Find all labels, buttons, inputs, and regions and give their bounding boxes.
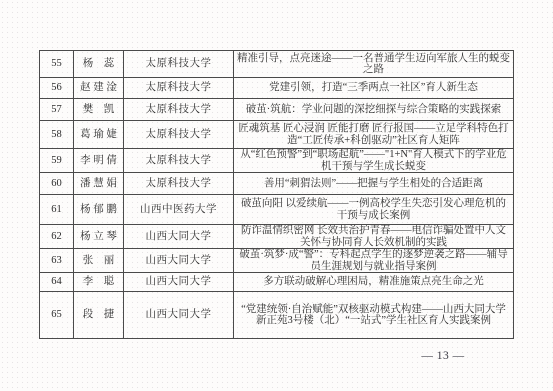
cell-number: 59: [40, 149, 74, 173]
cell-title: 破茧·筑梦·成“警”：专科起点学生的逐梦逆袭之路——辅导员生涯规划与就业指导案例: [234, 249, 514, 273]
cell-number: 55: [40, 51, 74, 78]
table-row: 56 赵 建 淦 太原科技大学 党建引领，打造“三季两点一社区”育人新生态: [40, 78, 514, 99]
cell-university: 山西大同大学: [124, 273, 234, 292]
award-list-table: 55 杨 蕊 太原科技大学 精准引导，点亮迷途——一名普通学生迈向军旅人生的蜕变…: [39, 50, 514, 339]
cell-number: 63: [40, 249, 74, 273]
cell-name: 杨 立 琴: [74, 225, 124, 249]
cell-name: 杨 蕊: [74, 51, 124, 78]
cell-university: 山西大同大学: [124, 292, 234, 339]
cell-number: 58: [40, 121, 74, 149]
cell-name: 张 丽: [74, 249, 124, 273]
cell-title: “党建统领·自治赋能”双核驱动模式构建——山西大同大学新正苑3号楼（北）“一站式…: [234, 292, 514, 339]
cell-name: 葛 瑜 婕: [74, 121, 124, 149]
table-row: 65 段 捷 山西大同大学 “党建统领·自治赋能”双核驱动模式构建——山西大同大…: [40, 292, 514, 339]
cell-name: 赵 建 淦: [74, 78, 124, 99]
cell-title: 党建引领，打造“三季两点一社区”育人新生态: [234, 78, 514, 99]
cell-title: 破茧向阳 以爱续航——一例高校学生失恋引发心理危机的干预与成长案例: [234, 195, 514, 225]
cell-number: 65: [40, 292, 74, 339]
cell-title: 从“红色预警”到“职场起航”——"1+N"育人模式下的学业危机干预与学生成长蜕变: [234, 149, 514, 173]
cell-title: 善用“刺猬法则”——把握与学生相处的合适距离: [234, 173, 514, 195]
table-row: 61 杨 郁 鹏 山西中医药大学 破茧向阳 以爱续航——一例高校学生失恋引发心理…: [40, 195, 514, 225]
table-row: 59 李 明 倩 太原科技大学 从“红色预警”到“职场起航”——"1+N"育人模…: [40, 149, 514, 173]
cell-name: 潘 慧 娟: [74, 173, 124, 195]
cell-name: 李 聪: [74, 273, 124, 292]
cell-title: 多方联动破解心理困局，精准施策点亮生命之光: [234, 273, 514, 292]
cell-number: 64: [40, 273, 74, 292]
scanned-document-page: 55 杨 蕊 太原科技大学 精准引导，点亮迷途——一名普通学生迈向军旅人生的蜕变…: [0, 0, 553, 391]
cell-university: 山西中医药大学: [124, 195, 234, 225]
cell-university: 太原科技大学: [124, 51, 234, 78]
cell-title: 精准引导，点亮迷途——一名普通学生迈向军旅人生的蜕变之路: [234, 51, 514, 78]
cell-university: 太原科技大学: [124, 99, 234, 121]
cell-title: 防诈温情织密网 长效共治护青春——电信诈骗处置中人文关怀与协同育人长效机制的实践: [234, 225, 514, 249]
cell-name: 樊 凯: [74, 99, 124, 121]
cell-number: 62: [40, 225, 74, 249]
cell-university: 山西大同大学: [124, 249, 234, 273]
cell-name: 李 明 倩: [74, 149, 124, 173]
table-row: 60 潘 慧 娟 太原科技大学 善用“刺猬法则”——把握与学生相处的合适距离: [40, 173, 514, 195]
cell-university: 山西大同大学: [124, 225, 234, 249]
table-row: 55 杨 蕊 太原科技大学 精准引导，点亮迷途——一名普通学生迈向军旅人生的蜕变…: [40, 51, 514, 78]
table-row: 57 樊 凯 太原科技大学 破茧·筑航：学业问题的深挖细探与综合策略的实践探索: [40, 99, 514, 121]
cell-university: 太原科技大学: [124, 78, 234, 99]
cell-title: 匠魂筑基 匠心浸润 匠能打磨 匠行报国——立足学科特色打造“工匠传承+科创驱动”…: [234, 121, 514, 149]
cell-university: 太原科技大学: [124, 173, 234, 195]
cell-university: 太原科技大学: [124, 121, 234, 149]
cell-name: 杨 郁 鹏: [74, 195, 124, 225]
cell-number: 57: [40, 99, 74, 121]
table-row: 58 葛 瑜 婕 太原科技大学 匠魂筑基 匠心浸润 匠能打磨 匠行报国——立足学…: [40, 121, 514, 149]
table-row: 64 李 聪 山西大同大学 多方联动破解心理困局，精准施策点亮生命之光: [40, 273, 514, 292]
page-number: — 13 —: [420, 350, 466, 362]
cell-university: 太原科技大学: [124, 149, 234, 173]
table-row: 62 杨 立 琴 山西大同大学 防诈温情织密网 长效共治护青春——电信诈骗处置中…: [40, 225, 514, 249]
award-list-table-body: 55 杨 蕊 太原科技大学 精准引导，点亮迷途——一名普通学生迈向军旅人生的蜕变…: [40, 51, 514, 339]
cell-number: 61: [40, 195, 74, 225]
cell-title: 破茧·筑航：学业问题的深挖细探与综合策略的实践探索: [234, 99, 514, 121]
table-row: 63 张 丽 山西大同大学 破茧·筑梦·成“警”：专科起点学生的逐梦逆袭之路——…: [40, 249, 514, 273]
cell-number: 60: [40, 173, 74, 195]
cell-name: 段 捷: [74, 292, 124, 339]
cell-number: 56: [40, 78, 74, 99]
